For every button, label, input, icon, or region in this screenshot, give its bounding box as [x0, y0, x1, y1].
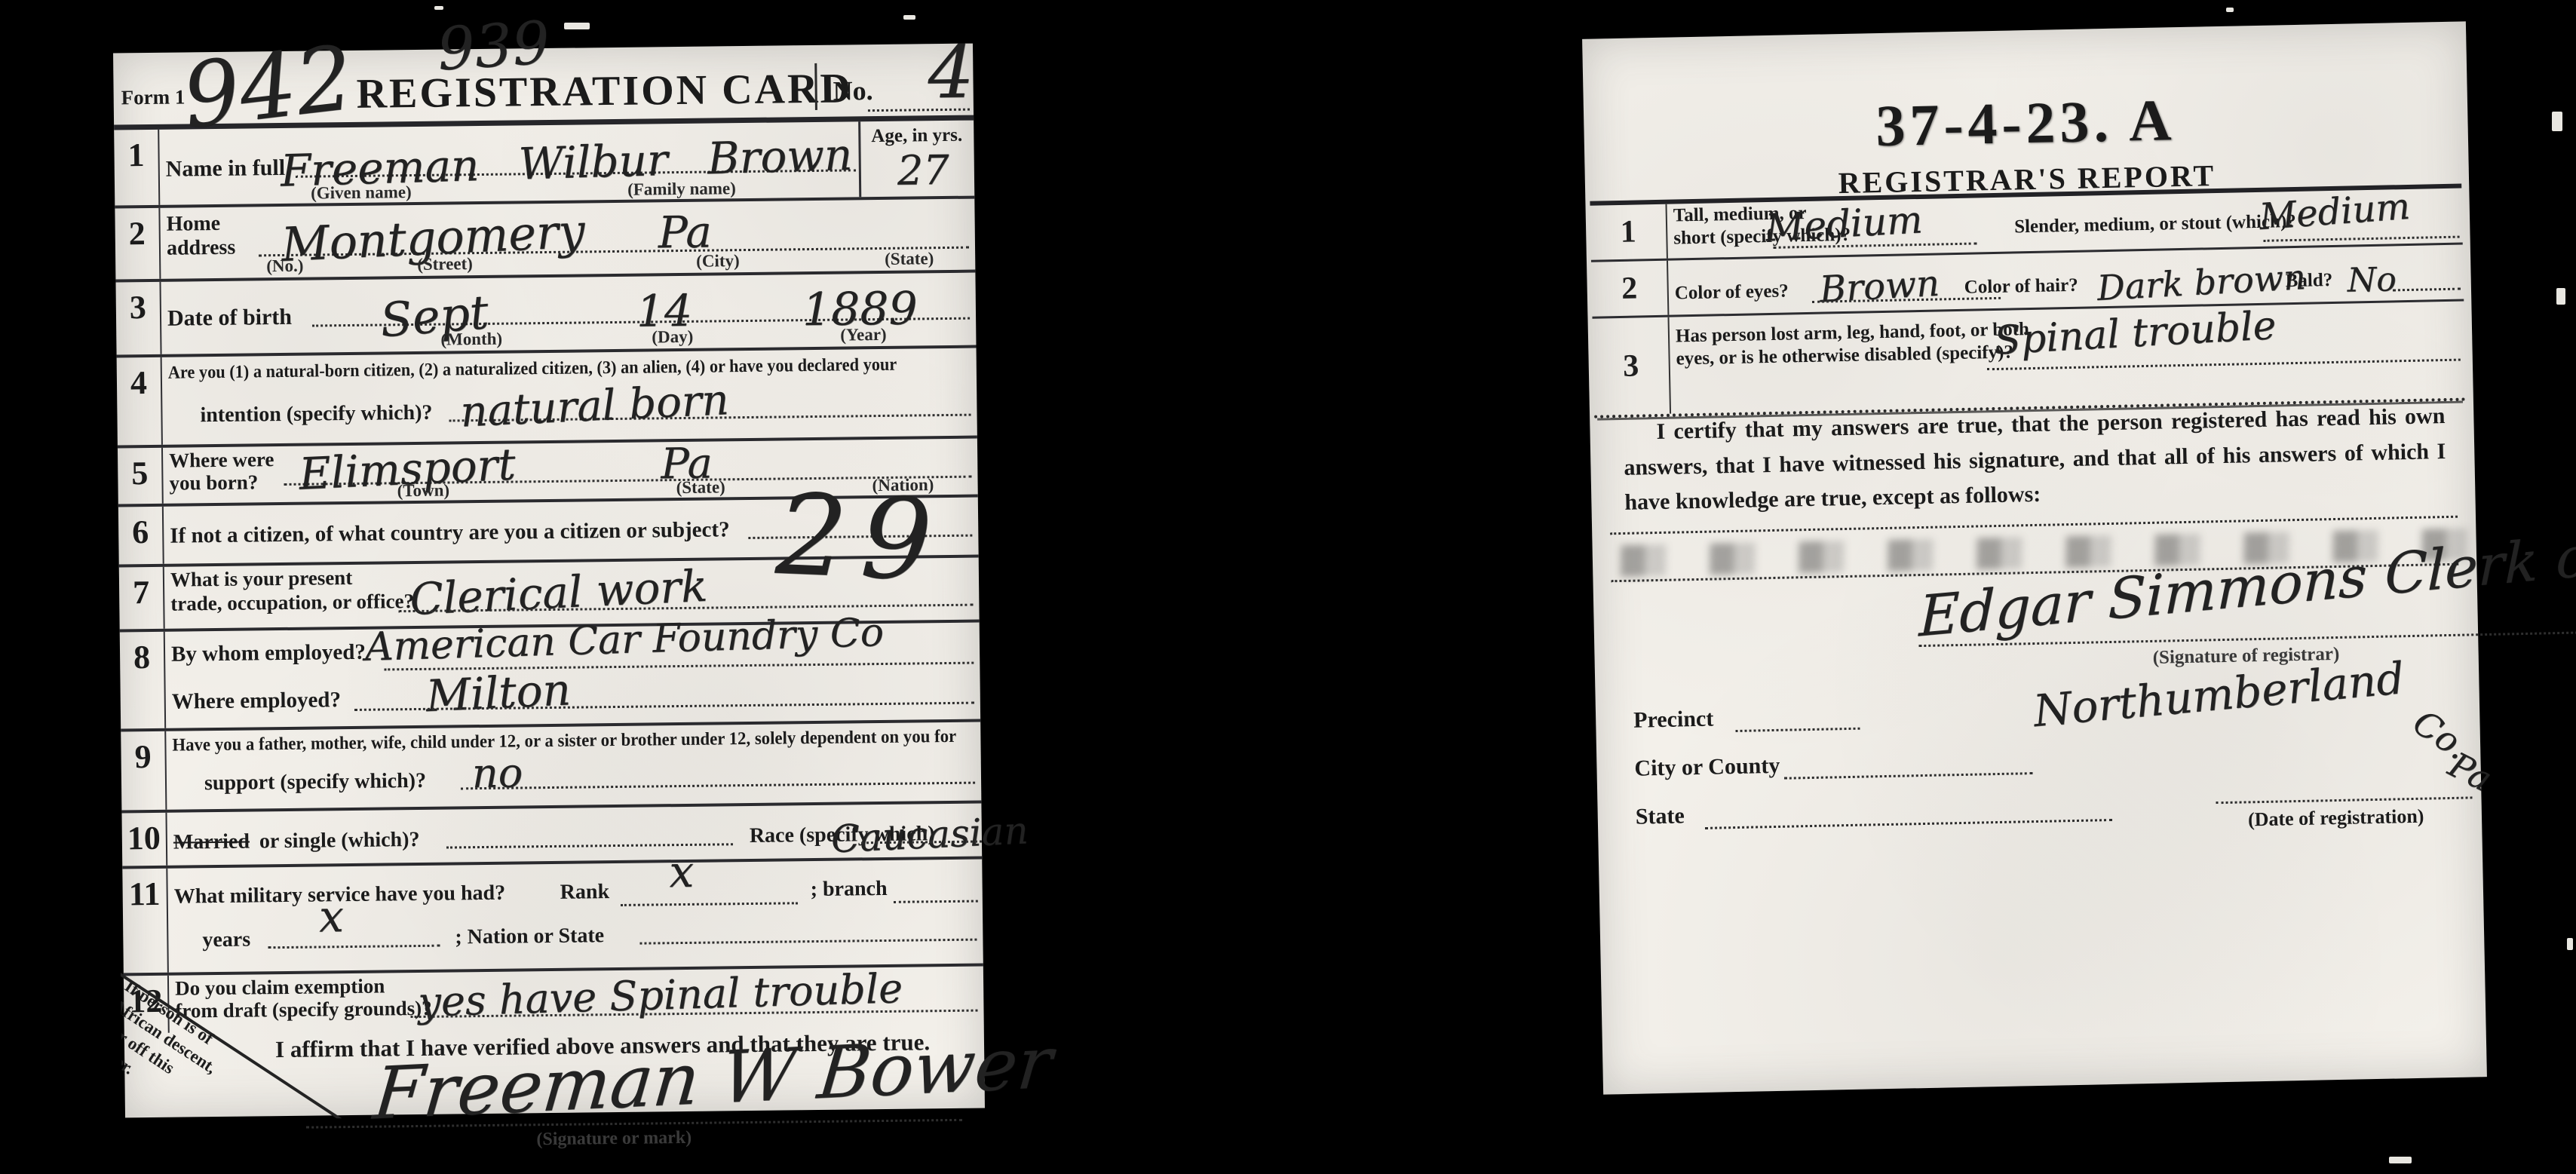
scan-speck: [2389, 1157, 2412, 1163]
row-home-address: 2 Home address Montgomery Pa (No.) (Stre…: [115, 199, 975, 283]
row-number: 7: [119, 567, 165, 630]
scan-speck: [2567, 938, 2573, 950]
card-title: REGISTRATION CARD: [356, 64, 853, 118]
signature-caption: (Signature or mark): [536, 1128, 692, 1150]
single-label: or single (which)?: [259, 828, 420, 854]
no-sublabel: (No.): [266, 256, 303, 277]
row-name-in-full: 1 Name in full Freeman Wilbur Brown (Giv…: [114, 121, 974, 209]
registrars-report-card: 37-4-23. A REGISTRAR'S REPORT 1 Tall, me…: [1582, 21, 2487, 1094]
corner-note-text: If person is of African descent, tear of…: [120, 975, 233, 1117]
bald-label: Bald?: [2285, 270, 2332, 292]
state-sublabel: (State): [885, 249, 934, 269]
handwritten-bald: No: [2347, 260, 2397, 299]
precinct-label: Precinct: [1633, 707, 1714, 734]
report-stamp-number: 37-4-23. A: [1582, 21, 2468, 165]
row-number: 10: [121, 813, 167, 866]
occupation-label-line1: What is your present: [170, 566, 353, 592]
handwritten-height: Medium: [1765, 198, 1924, 250]
row-number: 4: [117, 357, 163, 446]
state-label: State: [1635, 803, 1685, 829]
dotted-line: [461, 782, 975, 790]
row-employer: 8 By whom employed? American Car Foundry…: [120, 623, 980, 732]
scan-speck: [903, 15, 915, 20]
city-dotted-line: [1784, 772, 2033, 780]
city-or-county-label: City or County: [1634, 753, 1780, 782]
family-name-sublabel: (Family name): [627, 179, 736, 200]
dotted-line: [1987, 359, 2461, 371]
corner-cut-note: If person is of African descent, tear of…: [120, 926, 382, 1121]
row-citizenship: 4 Are you (1) a natural-born citizen, (2…: [117, 348, 977, 449]
row-number: 8: [120, 632, 166, 729]
non-citizen-question: If not a citizen, of what country are yo…: [170, 517, 730, 548]
row-content: Date of birth Sept 14 1889 (Month) (Day)…: [161, 273, 976, 354]
row-content: Has person lost arm, leg, hand, foot, or…: [1669, 302, 2465, 414]
handwritten-eye-color: Brown: [1818, 262, 1940, 311]
day-sublabel: (Day): [652, 327, 693, 348]
row-content: Home address Montgomery Pa (No.) (Street…: [160, 199, 975, 279]
date-of-birth-label: Date of birth: [167, 305, 292, 332]
row-number: 6: [118, 507, 164, 565]
row-content: By whom employed? American Car Foundry C…: [165, 623, 980, 728]
date-of-registration-caption: (Date of registration): [2248, 805, 2424, 832]
state-dotted-line: [1705, 819, 2112, 829]
row-number: 9: [121, 731, 167, 811]
row-number: 2: [115, 208, 161, 280]
handwritten-large-number: 29: [774, 470, 948, 606]
scan-speck: [2556, 288, 2565, 305]
age-box: Age, in yrs. 27: [858, 121, 974, 198]
hair-color-label: Color of hair?: [1964, 275, 2078, 299]
handwritten-occupation: Clerical work: [409, 560, 709, 625]
scan-speck: [564, 23, 590, 29]
row-number: 5: [118, 448, 164, 504]
row-marital-race: 10 Married or single (which)? Race (spec…: [121, 804, 982, 869]
scanned-document-background: Form 1 942 939 REGISTRATION CARD No. 4 1…: [0, 0, 2576, 1174]
no-label: No.: [833, 75, 872, 107]
handwritten-state: Pa: [658, 207, 712, 259]
handwritten-employment-place: Milton: [425, 664, 572, 722]
street-sublabel: (Street): [417, 254, 473, 274]
form-number-label: Form 1: [121, 85, 186, 109]
handwritten-disability: Spinal trouble: [1993, 303, 2277, 363]
handwritten-age: 27: [897, 146, 949, 195]
citizenship-question-line1: Are you (1) a natural-born citizen, (2) …: [168, 355, 897, 384]
branch-label: ; branch: [810, 877, 887, 902]
month-sublabel: (Month): [440, 330, 502, 350]
dependents-question-line1: Have you a father, mother, wife, child u…: [172, 727, 956, 756]
handwritten-citizenship: natural born: [459, 375, 730, 437]
year-sublabel: (Year): [840, 325, 887, 345]
scan-speck: [434, 6, 443, 10]
dependents-question-line2: support (specify which)?: [204, 769, 426, 795]
date-dotted-line: [2216, 796, 2473, 804]
where-born-label-line2: you born?: [169, 471, 258, 495]
handwritten-hair-color: Dark brown: [2096, 256, 2306, 308]
where-employed-label: Where employed?: [172, 688, 342, 715]
nation-or-state-label: ; Nation or State: [455, 924, 604, 949]
handwritten-x-mark-rank: x: [669, 846, 694, 897]
registration-card: Form 1 942 939 REGISTRATION CARD No. 4 1…: [113, 44, 985, 1118]
eye-color-label: Color of eyes?: [1675, 280, 1789, 304]
precinct-dotted-line: [1735, 728, 1860, 732]
occupation-label-line2: trade, occupation, or office?: [170, 590, 414, 616]
handwritten-dependents: no: [472, 749, 523, 797]
registration-card-header: Form 1 942 939 REGISTRATION CARD No. 4: [113, 44, 974, 130]
given-name-sublabel: (Given name): [311, 182, 412, 204]
where-born-label-line1: Where were: [169, 448, 274, 473]
city-sublabel: (City): [696, 251, 740, 271]
row-number: 3: [1593, 317, 1672, 415]
row-dependents: 9 Have you a father, mother, wife, child…: [121, 722, 981, 814]
registrars-report-header: 37-4-23. A REGISTRAR'S REPORT: [1582, 21, 2469, 201]
build-label: Slender, medium, or stout (which)?: [2014, 211, 2296, 238]
dotted-line: [621, 902, 798, 906]
report-rows: 1 Tall, medium, or short (specify which)…: [1590, 184, 2466, 418]
rank-label: Rank: [560, 880, 610, 905]
married-label-struck: Married: [173, 830, 250, 855]
row-date-of-birth: 3 Date of birth Sept 14 1889 (Month) (Da…: [115, 273, 976, 358]
dotted-line: [2393, 288, 2461, 292]
state-sublabel: (State): [676, 477, 725, 498]
age-label: Age, in yrs.: [871, 125, 962, 147]
employer-label: By whom employed?: [171, 640, 366, 667]
row-content: Have you a father, mother, wife, child u…: [166, 722, 981, 810]
row-number: 1: [1590, 204, 1668, 260]
row-content: Are you (1) a natural-born citizen, (2) …: [162, 348, 977, 445]
dotted-line: [2264, 236, 2460, 242]
certification-text: I certify that my answers are true, that…: [1623, 399, 2447, 520]
citizenship-question-line2: intention (specify which)?: [200, 401, 432, 428]
scan-speck: [2552, 112, 2562, 131]
handwritten-build: Medium: [2258, 185, 2412, 238]
town-sublabel: (Town): [397, 480, 449, 501]
row-content: Name in full Freeman Wilbur Brown (Given…: [159, 121, 859, 205]
dotted-line: [894, 900, 978, 903]
scan-speck: [2226, 8, 2234, 12]
address-label: address: [167, 236, 236, 261]
dotted-line: [639, 939, 977, 945]
row-content: Married or single (which)? Race (specify…: [167, 804, 982, 866]
name-label: Name in full: [166, 155, 286, 182]
row-number: 3: [115, 282, 161, 355]
home-label: Home: [166, 212, 220, 237]
handwritten-race: Caucasian: [830, 808, 1029, 861]
row-number: 2: [1591, 261, 1669, 317]
row-number: 1: [114, 130, 160, 206]
handwritten-card-number: 4: [928, 30, 974, 115]
